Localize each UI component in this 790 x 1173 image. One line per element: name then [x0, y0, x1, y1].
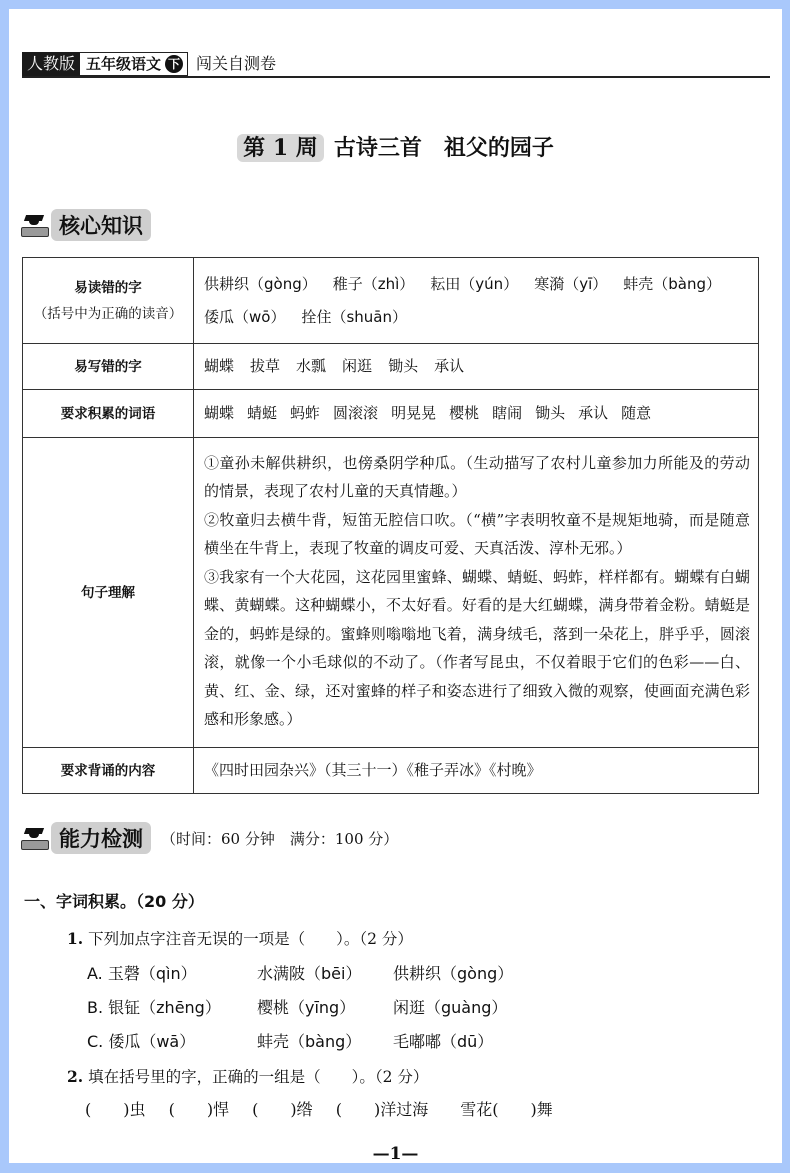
- row-value: ①童孙未解供耕织，也傍桑阴学种瓜。（生动描写了农村儿童参加力所能及的劳动的情景，…: [194, 438, 759, 748]
- list-item: 明晃晃: [391, 404, 436, 422]
- list-item: 倭瓜（wō）: [204, 308, 285, 326]
- question-number: 2.: [67, 1067, 83, 1086]
- list-item: 承认: [578, 404, 608, 422]
- row-value: 《四时田园杂兴》（其三十一）《稚子弄冰》《村晚》: [194, 748, 759, 794]
- row-value: 蝴蝶拔草水瓢闲逛锄头承认: [194, 344, 759, 390]
- list-item: 稚子（zhì）: [333, 275, 415, 293]
- sentence-paragraph: ①童孙未解供耕织，也傍桑阴学种瓜。（生动描写了农村儿童参加力所能及的劳动的情景，…: [204, 449, 750, 506]
- option-a[interactable]: A. 玉磬（qìn）水满陂（bēi）供耕织（gòng）: [87, 961, 513, 984]
- list-item: 寒漪（yī）: [534, 275, 607, 293]
- list-item: 锄头: [388, 357, 418, 375]
- option-part: 闲逛（guàng）: [393, 995, 507, 1018]
- row-label: 句子理解: [23, 438, 194, 748]
- question-text: 下列加点字注音无误的一项是（ ）。（2 分）: [88, 930, 413, 948]
- list-item: 水瓢: [296, 357, 326, 375]
- list-item: 耘田（yún）: [430, 275, 518, 293]
- list-item: 供耕织（gòng）: [204, 275, 317, 293]
- option-c[interactable]: C. 倭瓜（wā）蚌壳（bàng）毛嘟嘟（dū）: [87, 1029, 493, 1052]
- time-score-note: （时间：60 分钟 满分：100 分）: [161, 828, 398, 849]
- question-2: 2. 填在括号里的字，正确的一组是（ ）。（2 分）: [67, 1065, 428, 1087]
- grade-text: 五年级语文: [86, 54, 161, 75]
- option-part: 供耕织（gòng）: [393, 961, 513, 984]
- fill-blanks-line[interactable]: ( )虫 ( )悍 ( )绺 ( )洋过海 雪花( )舞: [85, 1097, 553, 1120]
- list-item: 瞎闹: [492, 404, 522, 422]
- section-core-knowledge: 核心知识: [21, 209, 151, 241]
- graduation-book-icon: [21, 213, 47, 237]
- label-line: 易读错的字: [24, 275, 192, 301]
- list-item: 蚌壳（bàng）: [623, 275, 721, 293]
- row-label: 要求积累的词语: [23, 390, 194, 438]
- section-ability-test: 能力检测 （时间：60 分钟 满分：100 分）: [21, 822, 398, 854]
- volume-badge-icon: 下: [165, 55, 183, 73]
- row-label: 要求背诵的内容: [23, 748, 194, 794]
- list-item: 随意: [621, 404, 651, 422]
- row-value: 蝴蝶蜻蜓蚂蚱圆滚滚明晃晃樱桃瞎闹锄头承认随意: [194, 390, 759, 438]
- list-item: 拴住（shuān）: [301, 308, 407, 326]
- option-part: 樱桃（yīng）: [257, 995, 393, 1018]
- row-label: 易写错的字: [23, 344, 194, 390]
- week-badge: 第 1 周: [237, 134, 324, 162]
- row-label: 易读错的字 （括号中为正确的读音）: [23, 258, 194, 344]
- page-header: 人教版 五年级语文 下 闯关自测卷: [22, 52, 276, 76]
- table-row: 易读错的字 （括号中为正确的读音） 供耕织（gòng）稚子（zhì）耘田（yún…: [23, 258, 759, 344]
- list-item: 锄头: [535, 404, 565, 422]
- option-part: 水满陂（bēi）: [257, 961, 393, 984]
- lesson-titles: 古诗三首 祖父的园子: [334, 136, 554, 161]
- list-item: 闲逛: [342, 357, 372, 375]
- question-text: 填在括号里的字，正确的一组是（ ）。（2 分）: [88, 1068, 428, 1086]
- question-1: 1. 下列加点字注音无误的一项是（ ）。（2 分）: [67, 927, 413, 949]
- graduation-book-icon: [21, 826, 47, 850]
- sentence-paragraph: ②牧童归去横牛背，短笛无腔信口吹。（“横”字表明牧童不是规矩地骑，而是随意横坐在…: [204, 506, 750, 563]
- option-part: 蚌壳（bàng）: [257, 1029, 393, 1052]
- page-number: —1—: [9, 1144, 782, 1164]
- table-row: 句子理解 ①童孙未解供耕织，也傍桑阴学种瓜。（生动描写了农村儿童参加力所能及的劳…: [23, 438, 759, 748]
- part-heading: 一、字词积累。（20 分）: [24, 889, 204, 912]
- list-item: 承认: [434, 357, 464, 375]
- section-label: 核心知识: [51, 209, 151, 241]
- section-label: 能力检测: [51, 822, 151, 854]
- publisher-label: 人教版: [22, 52, 80, 76]
- list-item: 蝴蝶: [204, 404, 234, 422]
- table-row: 要求积累的词语 蝴蝶蜻蜓蚂蚱圆滚滚明晃晃樱桃瞎闹锄头承认随意: [23, 390, 759, 438]
- series-title: 闯关自测卷: [188, 52, 276, 76]
- grade-label: 五年级语文 下: [80, 52, 188, 76]
- option-part: B. 银钲（zhēng）: [87, 995, 257, 1018]
- option-part: A. 玉磬（qìn）: [87, 961, 257, 984]
- option-part: 毛嘟嘟（dū）: [393, 1029, 493, 1052]
- list-item: 蜻蜓: [247, 404, 277, 422]
- list-item: 蝴蝶: [204, 357, 234, 375]
- table-row: 要求背诵的内容 《四时田园杂兴》（其三十一）《稚子弄冰》《村晚》: [23, 748, 759, 794]
- list-item: 拔草: [250, 357, 280, 375]
- option-part: C. 倭瓜（wā）: [87, 1029, 257, 1052]
- option-b[interactable]: B. 银钲（zhēng）樱桃（yīng）闲逛（guàng）: [87, 995, 507, 1018]
- question-number: 1.: [67, 929, 83, 948]
- page-title: 第 1 周古诗三首 祖父的园子: [9, 131, 782, 162]
- list-item: 蚂蚱: [290, 404, 320, 422]
- knowledge-table: 易读错的字 （括号中为正确的读音） 供耕织（gòng）稚子（zhì）耘田（yún…: [22, 257, 759, 794]
- sentence-paragraph: ③我家有一个大花园，这花园里蜜蜂、蝴蝶、蜻蜓、蚂蚱，样样都有。蝴蝶有白蝴蝶、黄蝴…: [204, 563, 750, 734]
- list-item: 圆滚滚: [333, 404, 378, 422]
- table-row: 易写错的字 蝴蝶拔草水瓢闲逛锄头承认: [23, 344, 759, 390]
- worksheet-page: 人教版 五年级语文 下 闯关自测卷 第 1 周古诗三首 祖父的园子 核心知识 易…: [9, 9, 782, 1163]
- row-value: 供耕织（gòng）稚子（zhì）耘田（yún）寒漪（yī）蚌壳（bàng） 倭瓜…: [194, 258, 759, 344]
- list-item: 樱桃: [449, 404, 479, 422]
- label-note: （括号中为正确的读音）: [24, 301, 192, 327]
- header-divider: [22, 76, 770, 78]
